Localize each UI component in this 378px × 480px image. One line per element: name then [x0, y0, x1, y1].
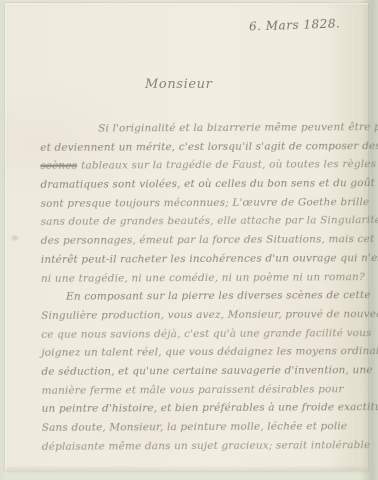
handwritten-line: Si l'originalité et la bizarrerie même p… — [40, 118, 362, 138]
handwritten-line: Singulière production, vous avez, Monsie… — [41, 305, 363, 325]
handwritten-line: scènestableaux sur la tragédie de Faust,… — [40, 156, 362, 176]
handwritten-line: déplaisante même dans un sujet gracieux;… — [42, 436, 364, 456]
handwritten-line: ni une tragédie, ni une comédie, ni un p… — [41, 268, 363, 288]
handwritten-line-text: tableaux sur la tragédie de Faust, où to… — [81, 158, 376, 172]
handwritten-line: manière ferme et mâle vous paraissent dé… — [41, 380, 363, 400]
letter-salutation: Monsieur — [145, 77, 212, 92]
handwritten-line: et deviennent un mérite, c'est lorsqu'il… — [40, 137, 362, 157]
handwritten-line: En composant sur la pierre les diverses … — [41, 286, 363, 306]
handwritten-line: ce que nous savions déjà, c'est qu'à une… — [41, 324, 363, 344]
handwritten-line: des personnages, émeut par la force des … — [41, 230, 363, 250]
handwritten-line: intérêt peut-il racheter les incohérence… — [41, 249, 363, 269]
handwritten-line: de séduction, et qu'une certaine sauvage… — [41, 361, 363, 381]
handwritten-line: sont presque toujours méconnues; L'œuvre… — [41, 193, 363, 213]
letter-date: 6. Mars 1828. — [249, 16, 341, 33]
struck-out-word: scènes — [40, 160, 77, 172]
handwritten-line: joignez un talent réel, que vous dédaign… — [41, 342, 363, 362]
handwritten-line: un peintre d'histoire, et bien préférabl… — [42, 398, 364, 418]
letter-page: 6. Mars 1828. Monsieur Si l'originalité … — [5, 3, 368, 471]
scan-background: 6. Mars 1828. Monsieur Si l'originalité … — [0, 0, 378, 480]
handwritten-line: sans doute de grandes beautés, elle atta… — [41, 212, 363, 232]
handwritten-line: Sans doute, Monsieur, la peinture molle,… — [42, 417, 364, 437]
handwritten-line: dramatiques sont violées, et où celles d… — [40, 174, 362, 194]
letter-body: Si l'originalité et la bizarrerie même p… — [40, 118, 364, 456]
